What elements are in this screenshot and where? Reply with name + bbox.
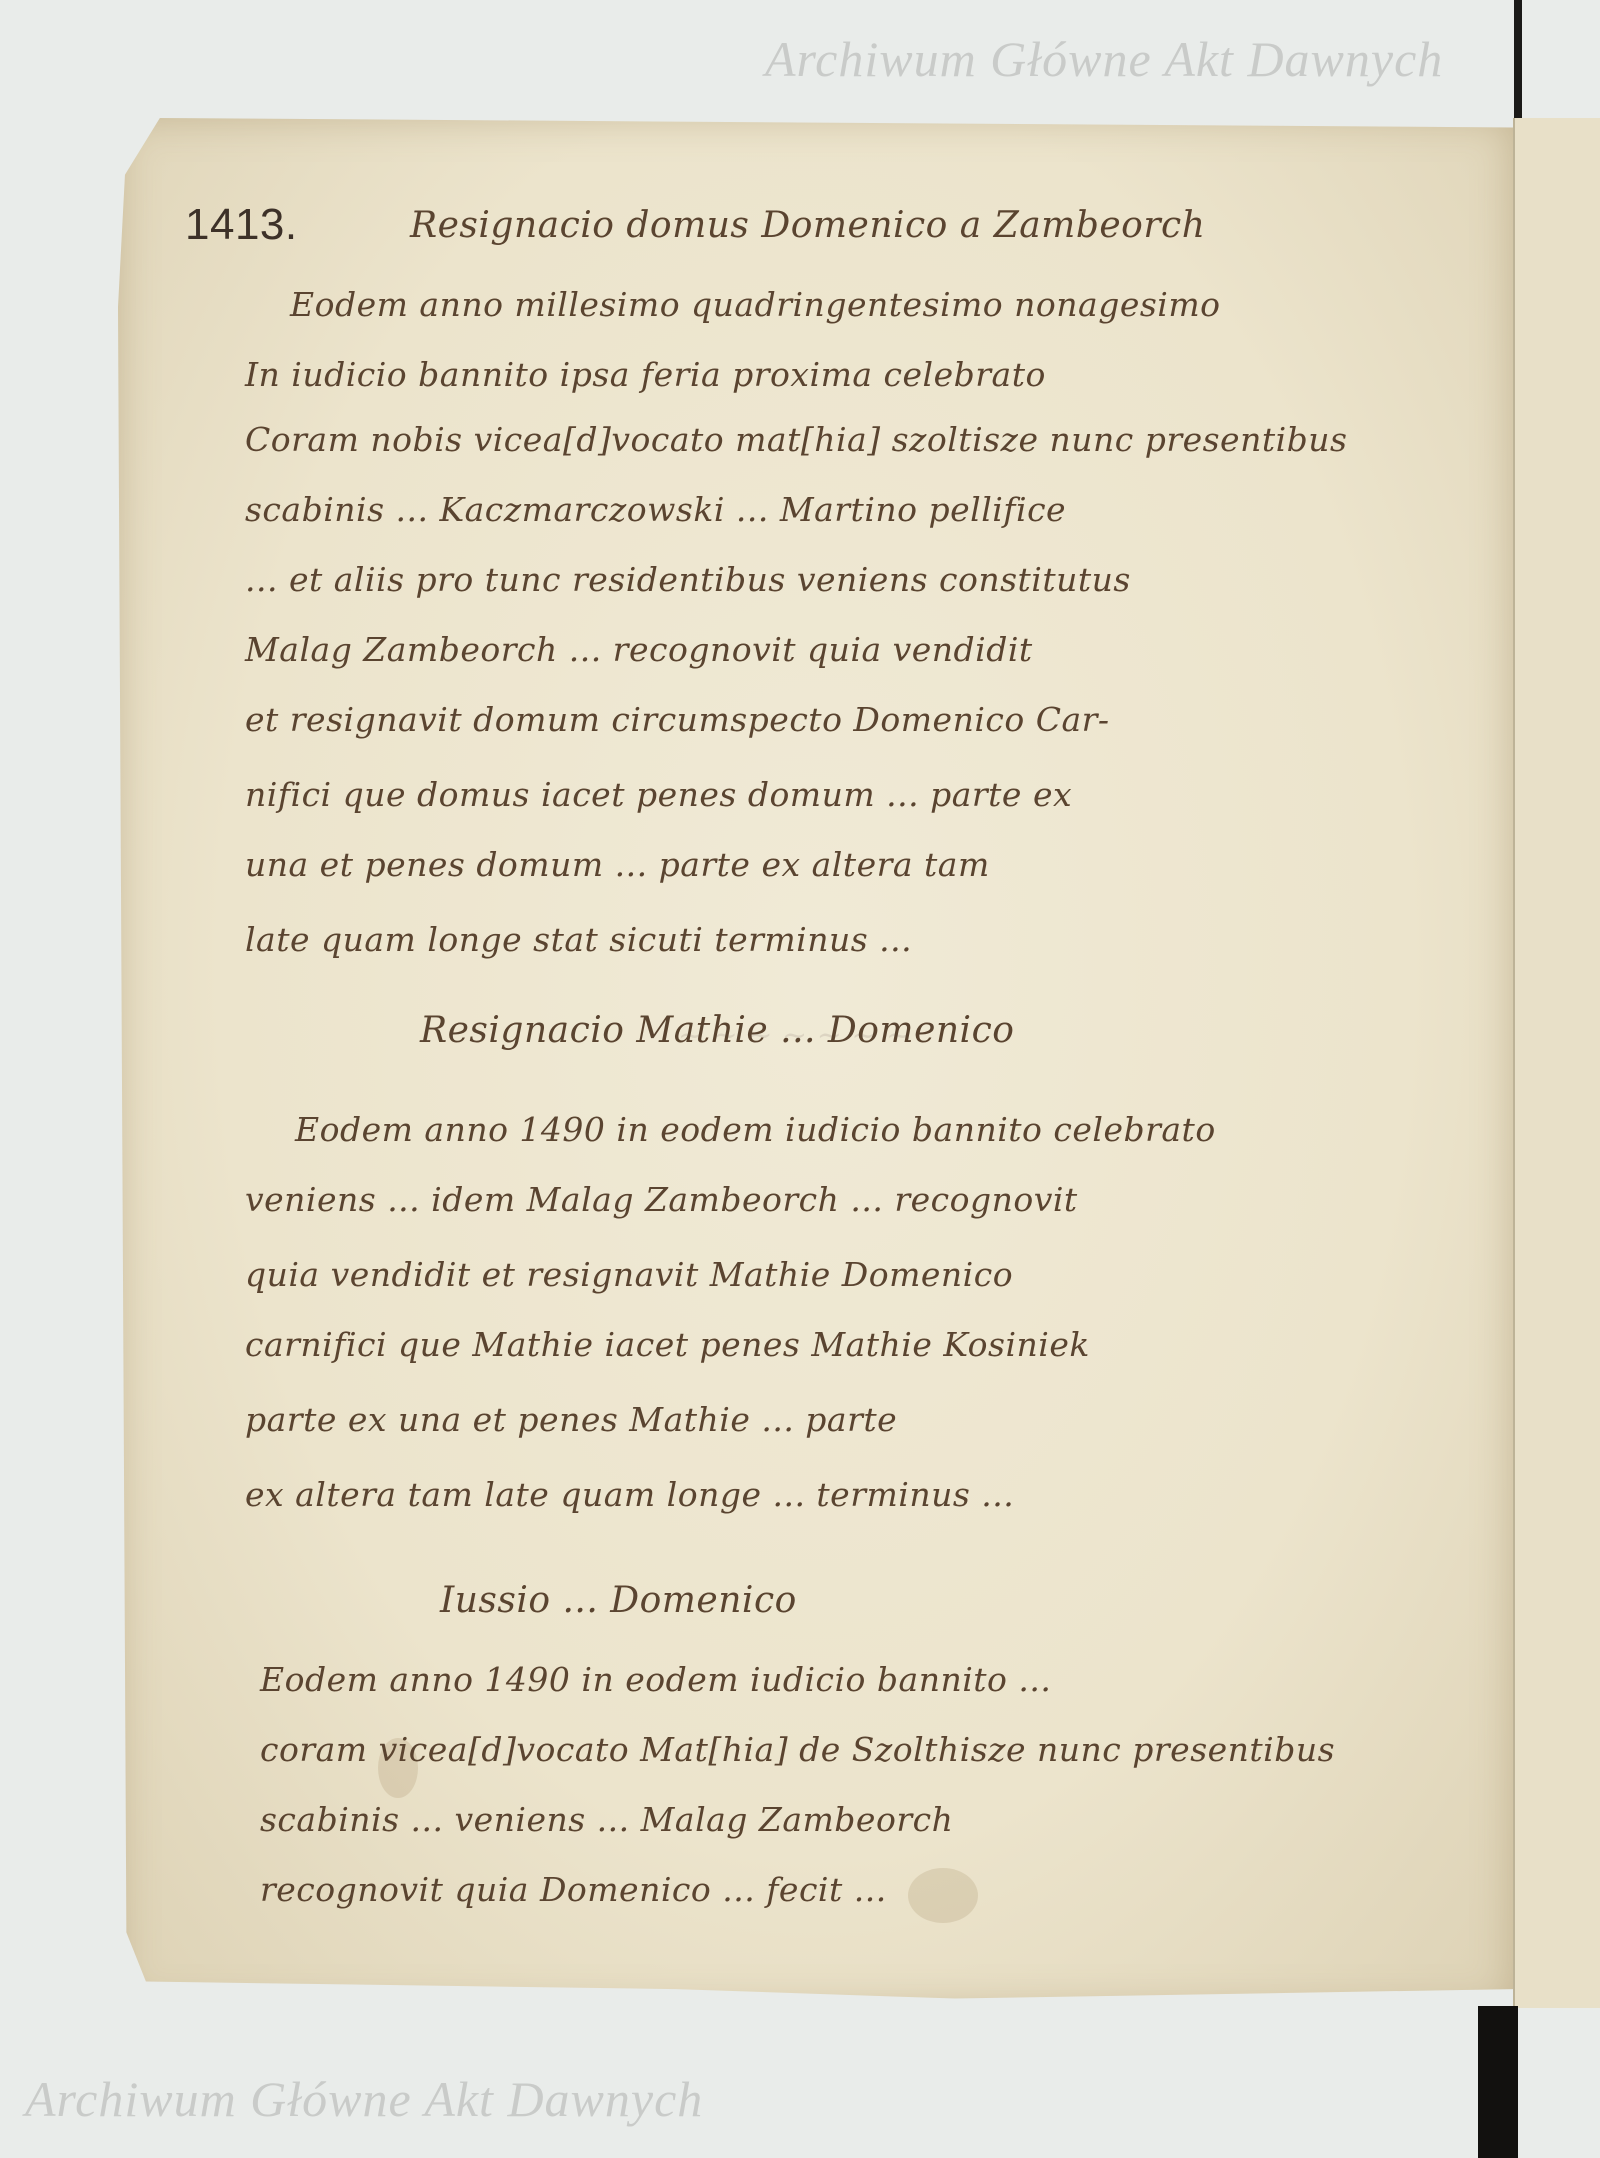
text-line: Eodem anno 1490 in eodem iudicio bannito… <box>260 1660 1051 1699</box>
text-line: nifici que domus iacet penes domum ... p… <box>245 775 1072 814</box>
text-line: et resignavit domum circumspecto Domenic… <box>245 700 1110 739</box>
water-stain <box>908 1868 978 1923</box>
year-annotation: 1413. <box>185 200 298 250</box>
text-line: quia vendidit et resignavit Mathie Domen… <box>245 1255 1013 1294</box>
manuscript-page: ~ ~ ~ ~ ~ ~ ~ <box>118 118 1513 2008</box>
text-line: Eodem anno 1490 in eodem iudicio bannito… <box>295 1110 1216 1149</box>
text-line: Eodem anno millesimo quadringentesimo no… <box>290 285 1221 324</box>
text-line: una et penes domum ... parte ex altera t… <box>245 845 990 884</box>
binding-strip <box>1478 2006 1518 2158</box>
text-line: scabinis ... veniens ... Malag Zambeorch <box>260 1800 953 1839</box>
text-line: Coram nobis vicea[d]vocato mat[hia] szol… <box>245 420 1347 459</box>
text-line: ex altera tam late quam longe ... termin… <box>245 1475 1014 1514</box>
text-line: parte ex una et penes Mathie ... parte <box>245 1400 897 1439</box>
text-line: veniens ... idem Malag Zambeorch ... rec… <box>245 1180 1078 1219</box>
archive-watermark-bottom: Archiwum Główne Akt Dawnych <box>25 2070 703 2128</box>
binding-strip <box>1514 0 1522 118</box>
text-line: ... et aliis pro tunc residentibus venie… <box>245 560 1131 599</box>
text-line: scabinis ... Kaczmarczowski ... Martino … <box>245 490 1066 529</box>
archive-watermark-top: Archiwum Główne Akt Dawnych <box>765 30 1443 88</box>
text-line: late quam longe stat sicuti terminus ... <box>245 920 912 959</box>
text-line: In iudicio bannito ipsa feria proxima ce… <box>245 355 1046 394</box>
section-heading: Resignacio Mathie ... Domenico <box>420 1010 1014 1051</box>
facing-page-edge <box>1513 118 1600 2008</box>
text-line: Malag Zambeorch ... recognovit quia vend… <box>245 630 1033 669</box>
text-line: coram vicea[d]vocato Mat[hia] de Szolthi… <box>260 1730 1335 1769</box>
text-line: carnifici que Mathie iacet penes Mathie … <box>245 1325 1090 1364</box>
text-line: recognovit quia Domenico ... fecit ... <box>260 1870 887 1909</box>
section-heading: Resignacio domus Domenico a Zambeorch <box>410 205 1205 246</box>
section-heading: Iussio ... Domenico <box>440 1580 797 1621</box>
